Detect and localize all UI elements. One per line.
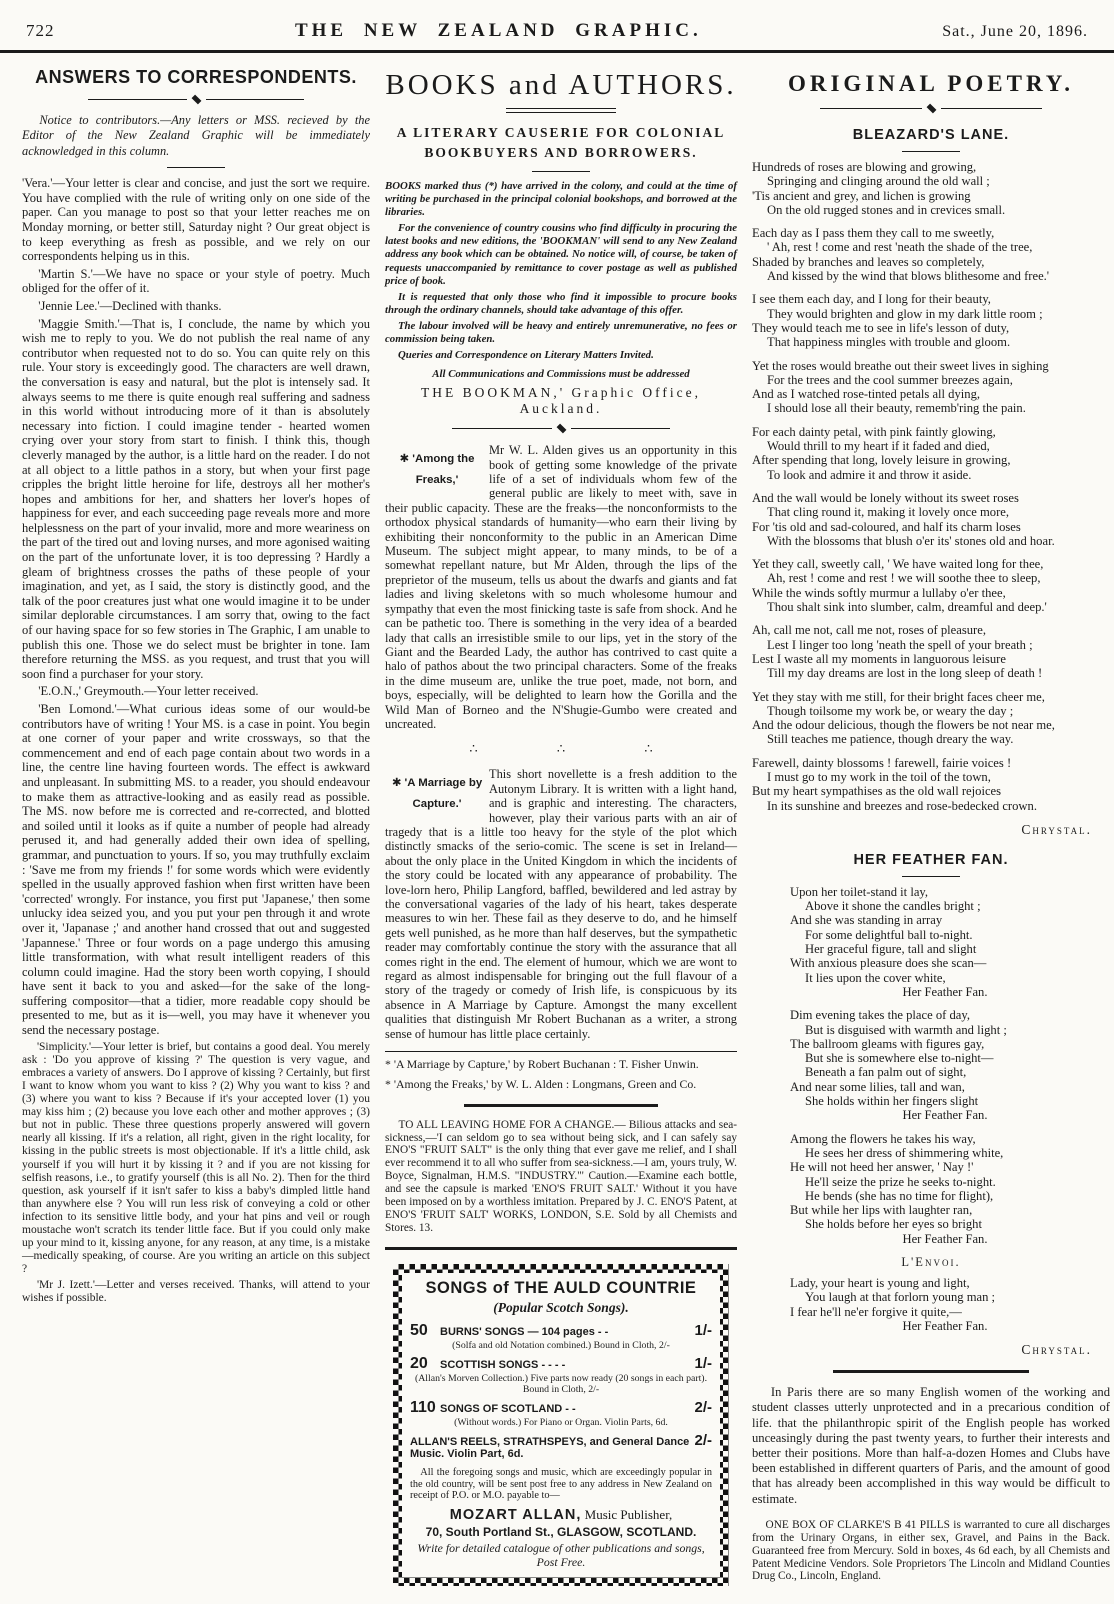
poem-stanza: Dim evening takes the place of day,But i… (790, 1008, 1100, 1122)
poem-line: Till my day dreams are lost in the long … (752, 666, 1110, 680)
poem-line: But she is somewhere else to-night— (790, 1051, 1100, 1065)
bookman-notes: BOOKS marked thus (*) have arrived in th… (385, 180, 737, 362)
poem-body: Upon her toilet-stand it lay,Above it sh… (790, 885, 1100, 1246)
poem-line: In its sunshine and breezes and rose-bed… (752, 799, 1110, 813)
correspondence-entry: 'Maggie Smith.'—That is, I conclude, the… (22, 317, 370, 682)
envoi-label: L'Envoi. (752, 1255, 1110, 1270)
poem-stanza: Yet they call, sweetly call, ' We have w… (752, 557, 1110, 614)
heavy-rule (464, 1104, 658, 1107)
answers-heading: ANSWERS TO CORRESPONDENTS. (22, 67, 370, 88)
poem-line: And near some lilies, tall and wan, (790, 1080, 1100, 1094)
poem-line: For some delightful ball to-night. (790, 928, 1100, 942)
publisher-role: Music Publisher, (581, 1507, 672, 1522)
poem-line: I fear he'll ne'er forgive it quite,— (790, 1305, 1100, 1319)
poem-bleazards-lane: BLEAZARD'S LANE. Hundreds of roses are b… (752, 127, 1110, 838)
poem-line: Springing and clinging around the old wa… (752, 174, 1110, 188)
review-footnote: * 'A Marriage by Capture,' by Robert Buc… (385, 1058, 737, 1072)
songs-ad-item: 50 BURNS' SONGS — 104 pages - - 1/- (410, 1322, 712, 1340)
poem-line: Dim evening takes the place of day, (790, 1008, 1100, 1022)
songs-ad-subtitle: (Popular Scotch Songs). (410, 1300, 712, 1316)
poem-line: Still teaches me patience, though dreary… (752, 732, 1110, 746)
poem-stanza: Ah, call me not, call me not, roses of p… (752, 623, 1110, 680)
bookman-note: It is requested that only those who find… (385, 291, 737, 317)
poem-line: Her Feather Fan. (790, 1108, 1100, 1122)
poem-stanza: Each day as I pass them they call to me … (752, 226, 1110, 283)
diamond-ornament-icon (926, 104, 936, 114)
correspondence-entry: 'Ben Lomond.'—What curious ideas some of… (22, 702, 370, 1038)
review-margin-title: 'A Marriage by Capture.' (405, 777, 483, 810)
poem-line: I should lose all their beauty, rememb'r… (752, 401, 1110, 415)
review-margin-note: ✱ 'Among the Freaks,' (385, 443, 489, 491)
poem-line: That happiness mingles with trouble and … (752, 335, 1110, 349)
review-footnote: * 'Among the Freaks,' by W. L. Alden : L… (385, 1078, 737, 1092)
poetry-heading: ORIGINAL POETRY. (752, 71, 1110, 97)
column-poetry: ORIGINAL POETRY. BLEAZARD'S LANE. Hundre… (752, 63, 1110, 1586)
review-footnotes: * 'A Marriage by Capture,' by Robert Buc… (385, 1058, 737, 1092)
short-rule (167, 167, 225, 168)
ornament-rule (88, 95, 304, 104)
poem-her-feather-fan: HER FEATHER FAN. Upon her toilet-stand i… (752, 852, 1110, 1358)
poem-line: Her Feather Fan. (790, 1232, 1100, 1246)
column-answers: ANSWERS TO CORRESPONDENTS. Notice to con… (22, 63, 370, 1586)
poem-line: And kissed by the wind that blows blithe… (752, 269, 1110, 283)
poem-stanza: Lady, your heart is young and light,You … (790, 1276, 1100, 1333)
poem-line: On the old rugged stones and in crevices… (752, 203, 1110, 217)
short-rule (532, 171, 590, 172)
poem-line: Lest I waste all my moments in languorou… (752, 652, 1110, 666)
poem-line: And the odour delicious, though the flow… (752, 718, 1110, 732)
correspondence-entry: 'E.O.N.,' Greymouth.—Your letter receive… (22, 684, 370, 699)
poem-line: Her Feather Fan. (790, 1319, 1100, 1333)
songs-ad-inner: SONGS of THE AULD COUNTRIE (Popular Scot… (402, 1273, 720, 1577)
poem-stanza: Yet the roses would breathe out their sw… (752, 359, 1110, 416)
correspondence-entry: 'Vera.'—Your letter is clear and concise… (22, 176, 370, 264)
therefore-separator: ∴ ∴ ∴ (385, 741, 737, 757)
poem-line: Ah, call me not, call me not, roses of p… (752, 623, 1110, 637)
issue-date: Sat., June 20, 1896. (942, 23, 1088, 41)
poem-line: While the winds softly murmur a lullaby … (752, 586, 1110, 600)
eno-fruit-salt-ad: TO ALL LEAVING HOME FOR A CHANGE.— Bilio… (385, 1119, 737, 1235)
item-name: ALLAN'S REELS, STRATHSPEYS, and General … (410, 1436, 690, 1461)
poem-line: Her Feather Fan. (790, 985, 1100, 999)
poem-line: But is disguised with warmth and light ; (790, 1023, 1100, 1037)
poem-line: Though toilsome my work be, or weary the… (752, 704, 1110, 718)
songs-ad-item: 110 SONGS OF SCOTLAND - - 2/- (410, 1399, 712, 1417)
poem-line: Thou shalt sink into slumber, calm, drea… (752, 600, 1110, 614)
column-books: BOOKS and AUTHORS. A LITERARY CAUSERIE F… (385, 63, 737, 1586)
page-number: 722 (26, 21, 55, 41)
review-margin-note: ✱ 'A Marriage by Capture.' (385, 767, 489, 815)
item-name: SCOTTISH SONGS - - - - (440, 1359, 690, 1372)
songs-ad-item: ALLAN'S REELS, STRATHSPEYS, and General … (410, 1432, 712, 1461)
poem-line: Each day as I pass them they call to me … (752, 226, 1110, 240)
poem-line: They would teach me to see in life's les… (752, 321, 1110, 335)
poem-line: And the wall would be lonely without its… (752, 491, 1110, 505)
book-review-among-the-freaks: ✱ 'Among the Freaks,' Mr W. L. Alden giv… (385, 443, 737, 731)
ornament-rule (820, 104, 1042, 113)
poem-line: Lady, your heart is young and light, (790, 1276, 1100, 1290)
poem-title: BLEAZARD'S LANE. (752, 127, 1110, 143)
bookman-note: Queries and Correspondence on Literary M… (385, 349, 737, 362)
books-subheading-line2: BOOKBUYERS AND BORROWERS. (385, 143, 737, 163)
double-rule (506, 108, 616, 113)
publisher-note: Write for detailed catalogue of other pu… (410, 1542, 712, 1569)
bookman-address: THE BOOKMAN,' Graphic Office, Auckland. (385, 385, 737, 417)
poem-line: Beneath a fan palm out of sight, (790, 1065, 1100, 1079)
poem-line: I see them each day, and I long for thei… (752, 292, 1110, 306)
poem-line: But while her lips with laughter ran, (790, 1203, 1100, 1217)
correspondence-entries: 'Vera.'—Your letter is clear and concise… (22, 176, 370, 1305)
item-quantity: 50 (410, 1322, 440, 1340)
clarkes-pills-ad: ONE BOX OF CLARKE'S B 41 PILLS is warran… (752, 1519, 1110, 1584)
poem-line: Among the flowers he takes his way, (790, 1132, 1100, 1146)
poem-line: With the blossoms that blush o'er its' s… (752, 534, 1110, 548)
poem-line: She holds before her eyes so bright (790, 1217, 1100, 1231)
correspondence-entry: 'Martin S.'—We have no space or your sty… (22, 267, 370, 296)
poem-stanza: For each dainty petal, with pink faintly… (752, 425, 1110, 482)
poem-stanza: Among the flowers he takes his way,He se… (790, 1132, 1100, 1246)
poem-line: Yet they call, sweetly call, ' We have w… (752, 557, 1110, 571)
poem-line: Farewell, dainty blossoms ! farewell, fa… (752, 756, 1110, 770)
poem-line: He will not heed her answer, ' Nay !' (790, 1160, 1100, 1174)
poem-signature: Chrystal. (752, 1342, 1092, 1358)
item-quantity: 110 (410, 1399, 440, 1417)
books-subheading-line1: A LITERARY CAUSERIE FOR COLONIAL (385, 123, 737, 143)
poem-line: To look and admire it and throw it aside… (752, 468, 1110, 482)
item-price: 2/- (694, 1432, 712, 1449)
contributors-notice: Notice to contributors.—Any letters or M… (22, 113, 370, 159)
bookman-note: BOOKS marked thus (*) have arrived in th… (385, 180, 737, 219)
poem-line: But my heart sympathises as the old wall… (752, 784, 1110, 798)
item-price: 1/- (694, 1322, 712, 1339)
poem-line: Would thrill to my heart if it faded and… (752, 439, 1110, 453)
book-review-a-marriage-by-capture: ✱ 'A Marriage by Capture.' This short no… (385, 767, 737, 1041)
short-rule (902, 876, 960, 877)
paris-paragraph: In Paris there are so many English women… (752, 1385, 1110, 1507)
thin-rule (385, 1051, 737, 1052)
poem-line: The ballroom gleams with figures gay, (790, 1037, 1100, 1051)
short-rule (902, 151, 960, 152)
poem-line: Shaded by branches and leaves so complet… (752, 255, 1110, 269)
poem-line: Her graceful figure, tall and slight (790, 942, 1100, 956)
bookman-note: The labour involved will be heavy and en… (385, 320, 737, 346)
publisher-line: MOZART ALLAN, Music Publisher, (410, 1507, 712, 1523)
asterisk-icon: ✱ (400, 453, 410, 465)
poem-stanza: Farewell, dainty blossoms ! farewell, fa… (752, 756, 1110, 813)
poem-stanza: Yet they stay with me still, for their b… (752, 690, 1110, 747)
poem-line: For the trees and the cool summer breeze… (752, 373, 1110, 387)
correspondence-entry: 'Simplicity.'—Your letter is brief, but … (22, 1041, 370, 1277)
poem-line: Yet they stay with me still, for their b… (752, 690, 1110, 704)
poem-line: After spending that long, lovely leisure… (752, 453, 1110, 467)
poem-line: They would brighten and glow in my dark … (752, 307, 1110, 321)
item-quantity: 20 (410, 1355, 440, 1373)
poem-line: Hundreds of roses are blowing and growin… (752, 160, 1110, 174)
item-price: 2/- (694, 1399, 712, 1416)
masthead: 722 THE NEW ZEALAND GRAPHIC. Sat., June … (0, 0, 1114, 53)
address-note: All Communications and Commissions must … (385, 368, 737, 380)
columns: ANSWERS TO CORRESPONDENTS. Notice to con… (0, 53, 1114, 1586)
poem-line: ' Ah, rest ! come and rest 'neath the sh… (752, 240, 1110, 254)
poem-line: He'll seize the prize he seeks to-night. (790, 1175, 1100, 1189)
publisher-address: 70, South Portland St., GLASGOW, SCOTLAN… (410, 1525, 712, 1539)
asterisk-icon: ✱ (392, 777, 402, 789)
item-detail: (Allan's Morven Collection.) Five parts … (410, 1373, 712, 1395)
poem-line: You laugh at that forlorn young man ; (790, 1290, 1100, 1304)
songs-ad: SONGS of THE AULD COUNTRIE (Popular Scot… (393, 1264, 729, 1586)
poem-line: Above it shone the candles bright ; (790, 899, 1100, 913)
diamond-ornament-icon (556, 424, 566, 434)
poem-line: He sees her dress of shimmering white, (790, 1146, 1100, 1160)
poem-signature: Chrystal. (752, 822, 1092, 838)
poem-line: And she was standing in array (790, 913, 1100, 927)
poem-line: For 'tis old and sad-coloured, and half … (752, 520, 1110, 534)
item-name: BURNS' SONGS — 104 pages - - (440, 1326, 690, 1339)
songs-ad-footer: All the foregoing songs and music, which… (410, 1467, 712, 1502)
poem-line: Yet the roses would breathe out their sw… (752, 359, 1110, 373)
poem-body: Hundreds of roses are blowing and growin… (752, 160, 1110, 813)
publisher-name: MOZART ALLAN, (450, 1507, 582, 1523)
poem-title: HER FEATHER FAN. (752, 852, 1110, 868)
item-detail: (Solfa and old Notation combined.) Bound… (410, 1340, 712, 1351)
poem-line: I must go to my work in the toil of the … (752, 770, 1110, 784)
poem-line: Ah, rest ! come and rest ! we will sooth… (752, 571, 1110, 585)
newspaper-page: 722 THE NEW ZEALAND GRAPHIC. Sat., June … (0, 0, 1114, 1604)
poem-line: That cling round it, making it lovely on… (752, 505, 1110, 519)
poem-line: Lest I linger too long 'neath the spell … (752, 638, 1110, 652)
heavy-rule (385, 1247, 737, 1250)
poem-stanza: And the wall would be lonely without its… (752, 491, 1110, 548)
poem-line: She holds within her fingers slight (790, 1094, 1100, 1108)
songs-ad-item: 20 SCOTTISH SONGS - - - - 1/- (410, 1355, 712, 1373)
item-detail: (Without words.) For Piano or Organ. Vio… (410, 1417, 712, 1428)
item-price: 1/- (694, 1355, 712, 1372)
poem-stanza: I see them each day, and I long for thei… (752, 292, 1110, 349)
heavy-rule (833, 1370, 1030, 1373)
books-subheading: A LITERARY CAUSERIE FOR COLONIAL BOOKBUY… (385, 123, 737, 163)
poem-line: For each dainty petal, with pink faintly… (752, 425, 1110, 439)
bookman-note: For the convenience of country cousins w… (385, 222, 737, 287)
item-name: SONGS OF SCOTLAND - - (440, 1403, 690, 1416)
poem-stanza: Hundreds of roses are blowing and growin… (752, 160, 1110, 217)
ornament-rule (452, 424, 670, 433)
correspondence-entry: 'Jennie Lee.'—Declined with thanks. (22, 299, 370, 314)
songs-ad-title: SONGS of THE AULD COUNTRIE (410, 1279, 712, 1298)
correspondence-entry: 'Mr J. Izett.'—Letter and verses receive… (22, 1279, 370, 1305)
poem-line: 'Tis ancient and grey, and lichen is gro… (752, 189, 1110, 203)
books-heading: BOOKS and AUTHORS. (385, 69, 737, 102)
poem-envoi: Lady, your heart is young and light,You … (790, 1276, 1100, 1333)
diamond-ornament-icon (191, 95, 201, 105)
poem-line: With anxious pleasure does she scan— (790, 956, 1100, 970)
poem-line: He bends (she has no time for flight), (790, 1189, 1100, 1203)
paper-title: THE NEW ZEALAND GRAPHIC. (295, 20, 702, 42)
poem-stanza: Upon her toilet-stand it lay,Above it sh… (790, 885, 1100, 999)
review-margin-title: 'Among the Freaks,' (412, 453, 474, 486)
poem-line: Upon her toilet-stand it lay, (790, 885, 1100, 899)
poem-line: And as I watched rose-tinted petals all … (752, 387, 1110, 401)
poem-line: It lies upon the cover white, (790, 971, 1100, 985)
